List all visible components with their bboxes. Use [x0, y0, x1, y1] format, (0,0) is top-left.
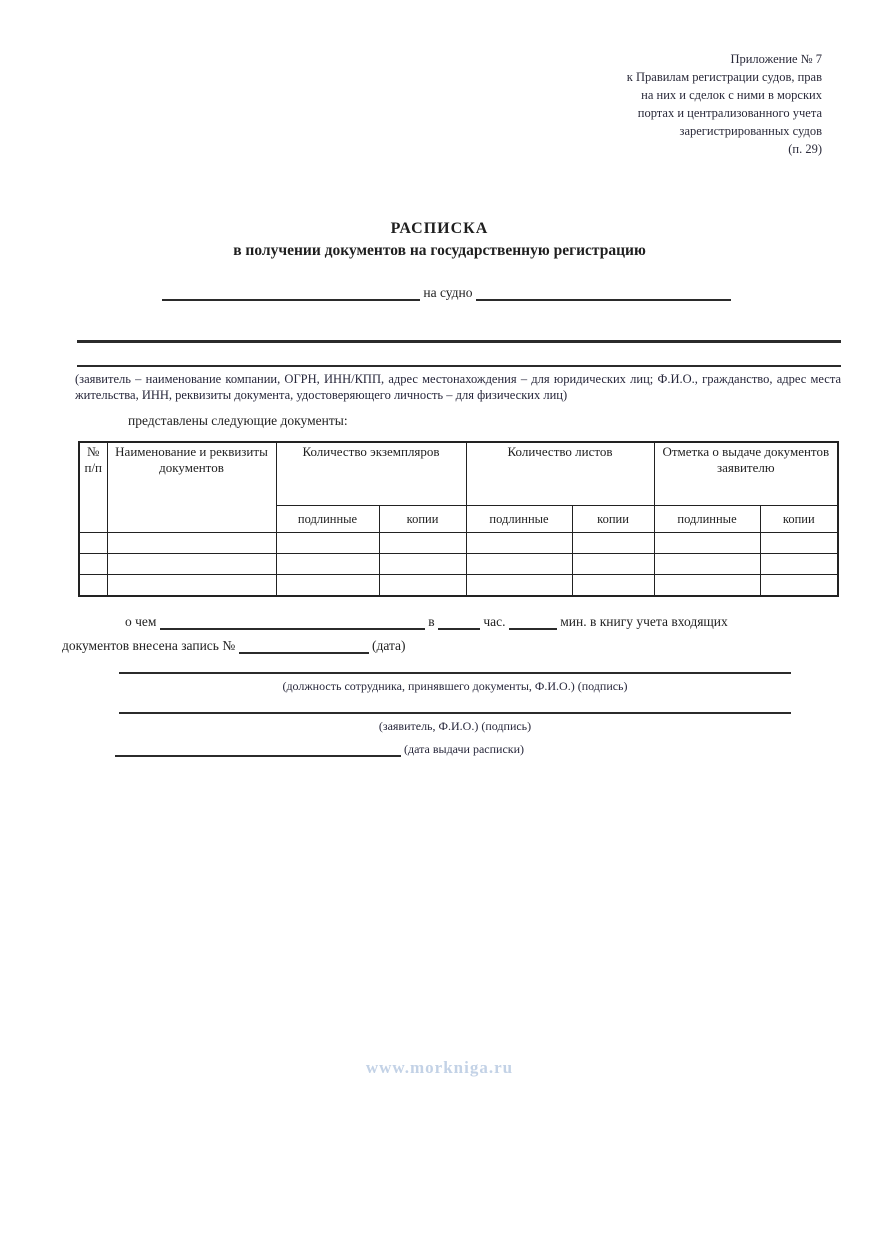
document-title: РАСПИСКА	[0, 220, 879, 238]
appendix-line: портах и централизованного учета	[627, 104, 822, 122]
appendix-line: зарегистрированных судов	[627, 122, 822, 140]
table-header-group-row: № п/п Наименование и реквизиты документо…	[79, 442, 838, 506]
table-cell	[276, 554, 379, 575]
docs-table-body	[79, 533, 838, 597]
header-issue-mark: Отметка о выдаче документов заявителю	[654, 442, 838, 506]
table-cell	[379, 533, 466, 554]
subheader-copies: копии	[572, 506, 654, 533]
record-text: (дата)	[372, 638, 406, 653]
table-cell	[654, 533, 760, 554]
table-cell	[654, 575, 760, 597]
subheader-originals: подлинные	[276, 506, 379, 533]
receipt-date-caption: (дата выдачи расписки)	[404, 742, 524, 756]
record-blank-minutes	[509, 613, 557, 630]
appendix-line: к Правилам регистрации судов, прав	[627, 68, 822, 86]
table-cell	[760, 575, 838, 597]
vessel-name-blank-line	[476, 284, 731, 301]
record-blank-entry-number	[239, 637, 369, 654]
appendix-line: на них и сделок с ними в морских	[627, 86, 822, 104]
table-row	[79, 575, 838, 597]
applicant-signature-caption: (заявитель, Ф.И.О.) (подпись)	[119, 719, 791, 734]
header-doc-name: Наименование и реквизиты документов	[107, 442, 276, 533]
applicant-underline-rule	[77, 365, 841, 367]
appendix-line: Приложение № 7	[627, 50, 822, 68]
subheader-originals: подлинные	[466, 506, 572, 533]
record-entry-line-1: о чем в час. мин. в книгу учета входящих	[125, 613, 728, 630]
table-cell	[107, 575, 276, 597]
applicant-fill-rule	[77, 340, 841, 343]
table-cell	[760, 533, 838, 554]
applicant-signature-line	[119, 712, 791, 714]
record-text: час.	[483, 614, 505, 629]
table-cell	[760, 554, 838, 575]
subheader-originals: подлинные	[654, 506, 760, 533]
record-entry-line-2: документов внесена запись № (дата)	[62, 637, 406, 654]
table-cell	[654, 554, 760, 575]
header-copies-count: Количество экземпляров	[276, 442, 466, 506]
table-cell	[379, 575, 466, 597]
applicant-blank-line	[162, 284, 420, 301]
officer-signature-line	[119, 672, 791, 674]
table-cell	[79, 554, 107, 575]
table-cell	[107, 554, 276, 575]
documents-intro: представлены следующие документы:	[128, 413, 348, 429]
subheader-copies: копии	[760, 506, 838, 533]
table-cell	[276, 533, 379, 554]
subheader-copies: копии	[379, 506, 466, 533]
title-block: РАСПИСКА в получении документов на госуд…	[0, 220, 879, 260]
table-cell	[379, 554, 466, 575]
header-sheets-count: Количество листов	[466, 442, 654, 506]
table-cell	[572, 575, 654, 597]
table-cell	[572, 533, 654, 554]
vessel-row: на судно	[162, 284, 731, 301]
table-cell	[276, 575, 379, 597]
record-text: мин. в книгу учета входящих	[560, 614, 728, 629]
table-cell	[466, 533, 572, 554]
document-subtitle: в получении документов на государственну…	[0, 242, 879, 260]
watermark-text: www.morkniga.ru	[0, 1058, 879, 1078]
documents-table: № п/п Наименование и реквизиты документо…	[78, 441, 839, 597]
appendix-reference: Приложение № 7 к Правилам регистрации су…	[627, 50, 822, 158]
applicant-note: (заявитель – наименование компании, ОГРН…	[75, 372, 841, 403]
table-row	[79, 533, 838, 554]
table-cell	[572, 554, 654, 575]
receipt-date-blank	[115, 740, 401, 757]
table-cell	[466, 575, 572, 597]
officer-signature-caption: (должность сотрудника, принявшего докуме…	[119, 679, 791, 694]
table-cell	[79, 575, 107, 597]
vessel-label: на судно	[423, 285, 472, 300]
table-cell	[107, 533, 276, 554]
table-row	[79, 554, 838, 575]
receipt-date-row: (дата выдачи расписки)	[115, 740, 524, 757]
table-cell	[466, 554, 572, 575]
record-text: о чем	[125, 614, 156, 629]
record-blank-who	[160, 613, 425, 630]
appendix-line: (п. 29)	[627, 140, 822, 158]
record-text: в	[428, 614, 434, 629]
record-text: документов внесена запись №	[62, 638, 235, 653]
table-cell	[79, 533, 107, 554]
record-blank-hours	[438, 613, 480, 630]
header-number: № п/п	[79, 442, 107, 533]
document-page: Приложение № 7 к Правилам регистрации су…	[0, 0, 879, 1250]
